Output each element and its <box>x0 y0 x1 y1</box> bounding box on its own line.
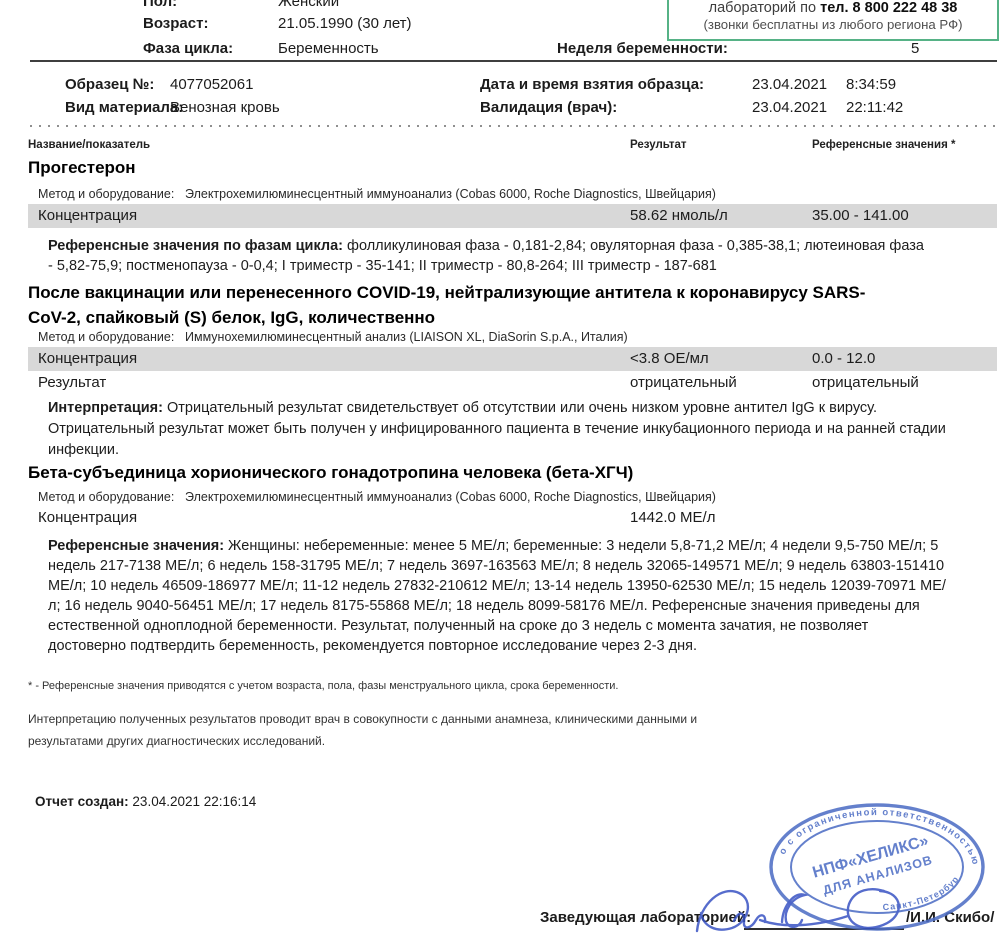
cycle-phase-label: Фаза цикла: <box>143 40 233 58</box>
stamp-outer-ring <box>771 805 983 929</box>
row-label: Концентрация <box>38 506 137 530</box>
report-created-row: Отчет создан: 23.04.2021 22:16:14 <box>35 794 256 809</box>
lab-report-page: Пол: Женский Возраст: 21.05.1990 (30 лет… <box>0 0 1000 933</box>
note-lead: Референсные значения по фазам цикла: <box>48 238 343 254</box>
row-result: <3.8 ОЕ/мл <box>630 347 709 371</box>
lab-stamp: о с ограниченной ответственностью Санкт-… <box>752 793 998 933</box>
material-type-label: Вид материала: <box>65 99 183 117</box>
header-divider-line <box>30 60 997 62</box>
method-row: Метод и оборудование: Электрохемилюминес… <box>0 187 1000 203</box>
sample-date-value: 23.04.2021 <box>752 76 827 94</box>
method-value: Электрохемилюминесцентный иммуноанализ (… <box>185 490 716 504</box>
patient-sex-label: Пол: <box>143 0 177 11</box>
reference-footnote: * - Референсные значения приводятся с уч… <box>28 680 619 692</box>
cycle-phase-value: Беременность <box>278 40 379 58</box>
note-lead: Референсные значения: <box>48 538 224 554</box>
row-label: Концентрация <box>38 347 137 371</box>
lab-phone-note: (звонки бесплатны из любого региона РФ) <box>669 17 997 32</box>
test-title-covid: После вакцинации или перенесенного COVID… <box>28 280 873 330</box>
test-note: Референсные значения по фазам цикла: фол… <box>48 236 928 276</box>
note-text: Отрицательный результат свидетельствует … <box>48 400 946 458</box>
method-value: Электрохемилюминесцентный иммуноанализ (… <box>185 187 716 201</box>
validation-date-value: 23.04.2021 <box>752 99 827 117</box>
sample-number-label: Образец №: <box>65 76 154 94</box>
method-label: Метод и оборудование: <box>38 187 174 201</box>
column-header-name: Название/показатель <box>28 139 150 151</box>
test-title-progesterone: Прогестерон <box>28 155 136 180</box>
row-reference: отрицательный <box>812 371 919 395</box>
lab-phone-number: тел. 8 800 222 48 38 <box>820 0 957 16</box>
report-created-label: Отчет создан: <box>35 794 129 809</box>
table-row: Концентрация <3.8 ОЕ/мл 0.0 - 12.0 <box>28 347 997 371</box>
method-row: Метод и оборудование: Электрохемилюминес… <box>0 490 1000 506</box>
test-title-bhcg: Бета-субъединица хорионического гонадотр… <box>28 460 633 485</box>
sample-time-value: 8:34:59 <box>846 76 896 94</box>
method-label: Метод и оборудование: <box>38 330 174 344</box>
row-result: отрицательный <box>630 371 737 395</box>
row-label: Концентрация <box>38 204 137 228</box>
table-row: Результат отрицательный отрицательный <box>28 371 997 395</box>
pregnancy-week-label: Неделя беременности: <box>557 40 728 58</box>
row-result: 1442.0 МЕ/л <box>630 506 715 530</box>
row-reference: 35.00 - 141.00 <box>812 204 909 228</box>
test-note: Интерпретация: Отрицательный результат с… <box>48 398 948 461</box>
lab-phone-box: лабораторий по тел. 8 800 222 48 38 (зво… <box>667 0 999 41</box>
column-header-result: Результат <box>630 139 686 151</box>
test-note: Референсные значения: Женщины: неберемен… <box>48 536 948 656</box>
patient-age-value: 21.05.1990 (30 лет) <box>278 15 412 33</box>
validation-time-value: 22:11:42 <box>846 99 903 117</box>
row-label: Результат <box>38 371 106 395</box>
row-result: 58.62 нмоль/л <box>630 204 728 228</box>
note-lead: Интерпретация: <box>48 400 163 416</box>
lab-phone-prefix: лабораторий по <box>709 0 820 16</box>
report-created-value: 23.04.2021 22:16:14 <box>132 794 256 809</box>
validation-label: Валидация (врач): <box>480 99 617 117</box>
lab-phone-line: лабораторий по тел. 8 800 222 48 38 <box>669 0 997 16</box>
sample-datetime-label: Дата и время взятия образца: <box>480 76 704 94</box>
dotted-separator <box>30 125 997 127</box>
column-header-reference: Референсные значения * <box>812 139 955 151</box>
method-label: Метод и оборудование: <box>38 490 174 504</box>
material-type-value: Венозная кровь <box>170 99 280 117</box>
sample-number-value: 4077052061 <box>170 76 253 94</box>
pregnancy-week-value: 5 <box>911 40 919 58</box>
method-value: Иммунохемилюминесцентный анализ (LIAISON… <box>185 330 628 344</box>
note-text: Женщины: небеременные: менее 5 МЕ/л; бер… <box>48 538 946 654</box>
table-row: Концентрация 1442.0 МЕ/л <box>28 506 997 530</box>
interpretation-disclaimer: Интерпретацию полученных результатов про… <box>28 708 750 752</box>
method-row: Метод и оборудование: Иммунохемилюминесц… <box>0 330 1000 346</box>
patient-age-label: Возраст: <box>143 15 208 33</box>
patient-sex-value: Женский <box>278 0 339 11</box>
row-reference: 0.0 - 12.0 <box>812 347 875 371</box>
table-row: Концентрация 58.62 нмоль/л 35.00 - 141.0… <box>28 204 997 228</box>
lab-head-label: Заведующая лабораторией: <box>540 909 751 926</box>
